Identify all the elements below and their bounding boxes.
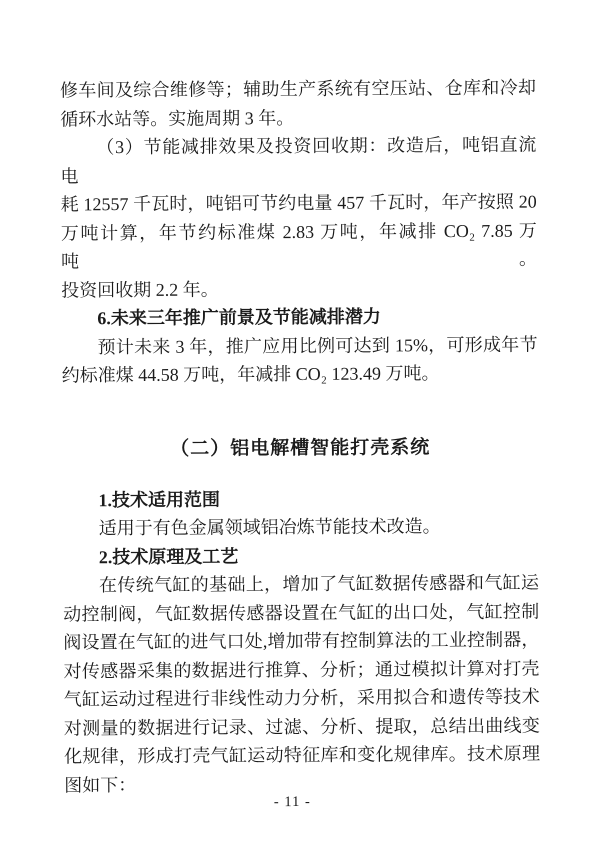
body-line: 耗 12557 千瓦时，吨铝可节约电量 457 千瓦时，年产按照 20 [61, 188, 537, 219]
body-line: 适用于有色金属领域铝冶炼节能技术改造。 [63, 512, 539, 543]
body-line: 对测量的数据进行记录、过滤、分析、提取，总结出曲线变 [64, 711, 540, 742]
body-line: 万吨计算，年节约标准煤 2.83 万吨，年减排 CO₂ 7.85 万吨。 [61, 216, 537, 276]
page-content: 修车间及综合维修等；辅助生产系统有空压站、仓库和冷却 循环水站等。实施周期 3 … [0, 0, 600, 848]
page-number: - 11 - [2, 791, 600, 813]
body-line: 循环水站等。实施周期 3 年。 [60, 102, 536, 133]
numbered-heading: 2.技术原理及工艺 [63, 540, 539, 571]
body-line: （3）节能减排效果及投资回收期：改造后，吨铝直流电 [60, 131, 536, 191]
document-page: 修车间及综合维修等；辅助生产系统有空压站、仓库和冷却 循环水站等。实施周期 3 … [0, 0, 600, 848]
numbered-heading: 1.技术适用范围 [62, 483, 538, 514]
section-heading: （二）铝电解槽智能打壳系统 [62, 432, 538, 465]
body-line: 预计未来 3 年，推广应用比例可达到 15%，可形成年节 [61, 330, 537, 361]
numbered-heading: 6.未来三年推广前景及节能减排潜力 [61, 302, 537, 333]
body-line: 气缸运动过程进行非线性动力分析，采用拟合和遗传等技术 [64, 683, 540, 714]
body-line: 在传统气缸的基础上，增加了气缸数据传感器和气缸运 [63, 569, 539, 600]
body-line: 化规律，形成打壳气缸运动特征库和变化规律库。技术原理 [64, 740, 540, 771]
body-line: 投资回收期 2.2 年。 [61, 273, 537, 304]
body-line: 约标准煤 44.58 万吨，年减排 CO₂ 123.49 万吨。 [62, 359, 538, 390]
body-line: 动控制阀，气缸数据传感器设置在气缸的出口处，气缸控制 [63, 597, 539, 628]
body-line: 阀设置在气缸的进气口处,增加带有控制算法的工业控制器， [63, 626, 539, 657]
body-line: 修车间及综合维修等；辅助生产系统有空压站、仓库和冷却 [60, 74, 536, 105]
body-line: 对传感器采集的数据进行推算、分析；通过模拟计算对打壳 [63, 654, 539, 685]
